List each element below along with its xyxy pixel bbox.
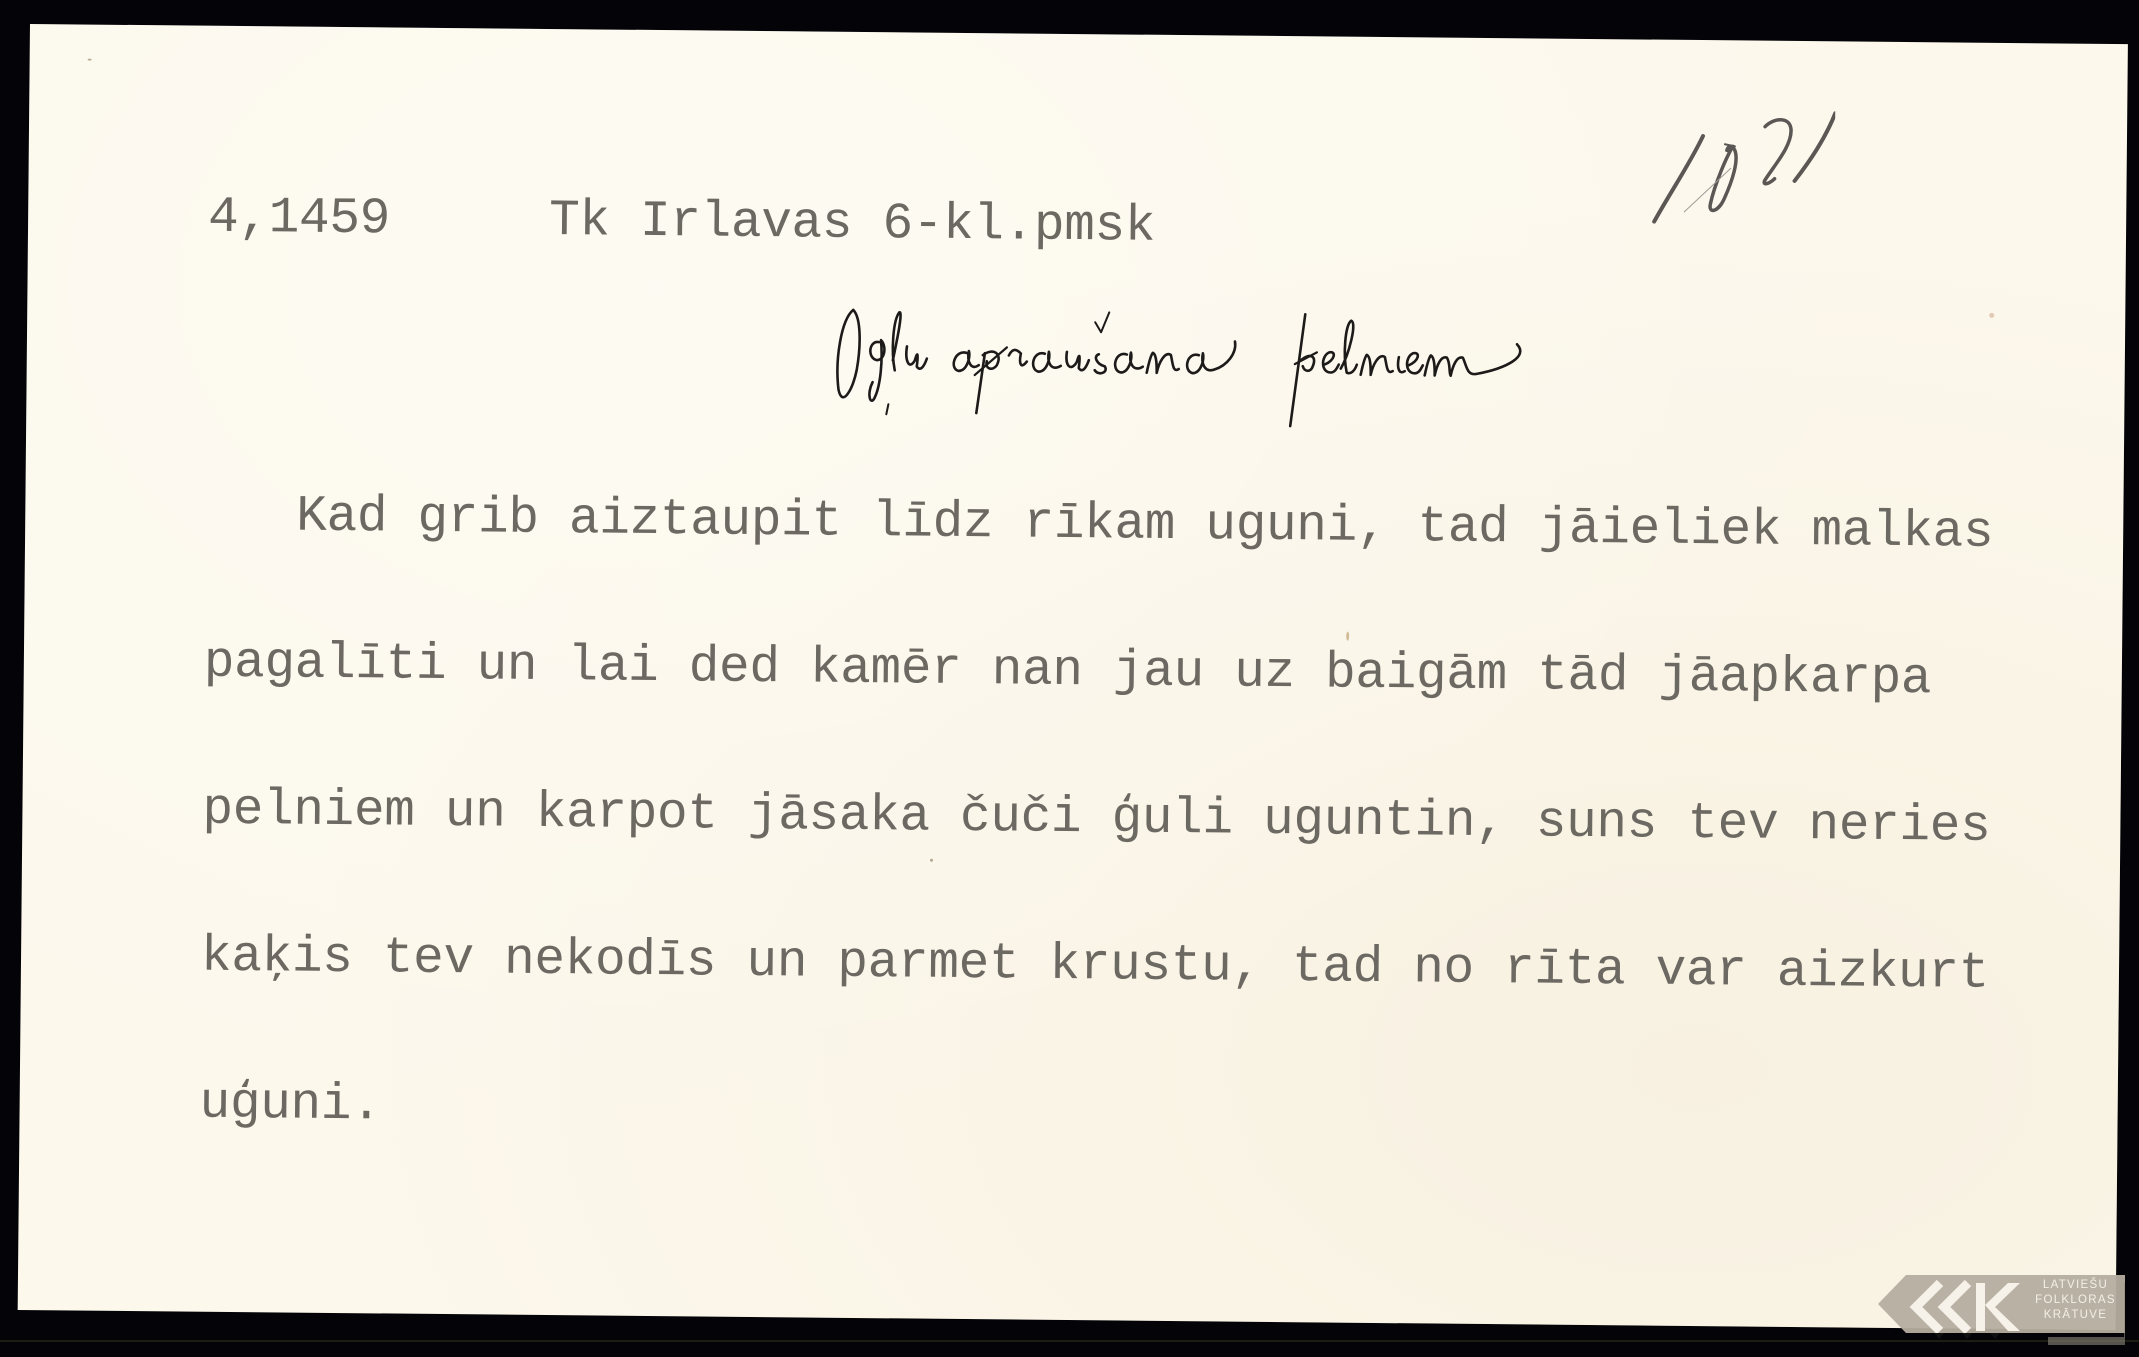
paper-speck — [88, 59, 92, 61]
logo-text: LATVIEŠU FOLKLORAS KRĀTUVE — [2028, 1278, 2123, 1323]
index-card: 4,1459 Tk Irlavas 6-kl.pmsk 1021 Ogļu ap… — [18, 24, 2128, 1330]
source-label: Tk Irlavas 6-kl.pmsk — [549, 197, 1156, 252]
collection-number: 4,1459 — [208, 194, 390, 245]
body-line-1: Kad grib aiztaupit līdz rīkam uguni, tad… — [205, 492, 1993, 558]
logo-line-1: LATVIEŠU — [2028, 1278, 2123, 1293]
scan-edge-strip — [0, 1340, 2139, 1342]
handwritten-page-number: 1021 — [1634, 93, 1835, 225]
body-line-3: pelniem un karpot jāsaka čuči ģuli ugunt… — [202, 786, 1990, 852]
paper-speck — [1989, 313, 1994, 318]
body-line-4: kaķis tev nekodīs un parmet krustu, tad … — [201, 933, 1989, 999]
logo-line-3: KRĀTUVE — [2028, 1308, 2123, 1323]
logo-line-2: FOLKLORAS — [2028, 1293, 2123, 1308]
body-line-5: uģuni. — [199, 1080, 1987, 1146]
body-line-2: pagalīti un lai ded kamēr nan jau uz bai… — [204, 639, 1992, 705]
paper-speck — [930, 859, 933, 862]
card-body-text: Kad grib aiztaupit līdz rīkam uguni, tad… — [198, 394, 1994, 1244]
archive-logo: LATVIEŠU FOLKLORAS KRĀTUVE — [1878, 1275, 2125, 1345]
